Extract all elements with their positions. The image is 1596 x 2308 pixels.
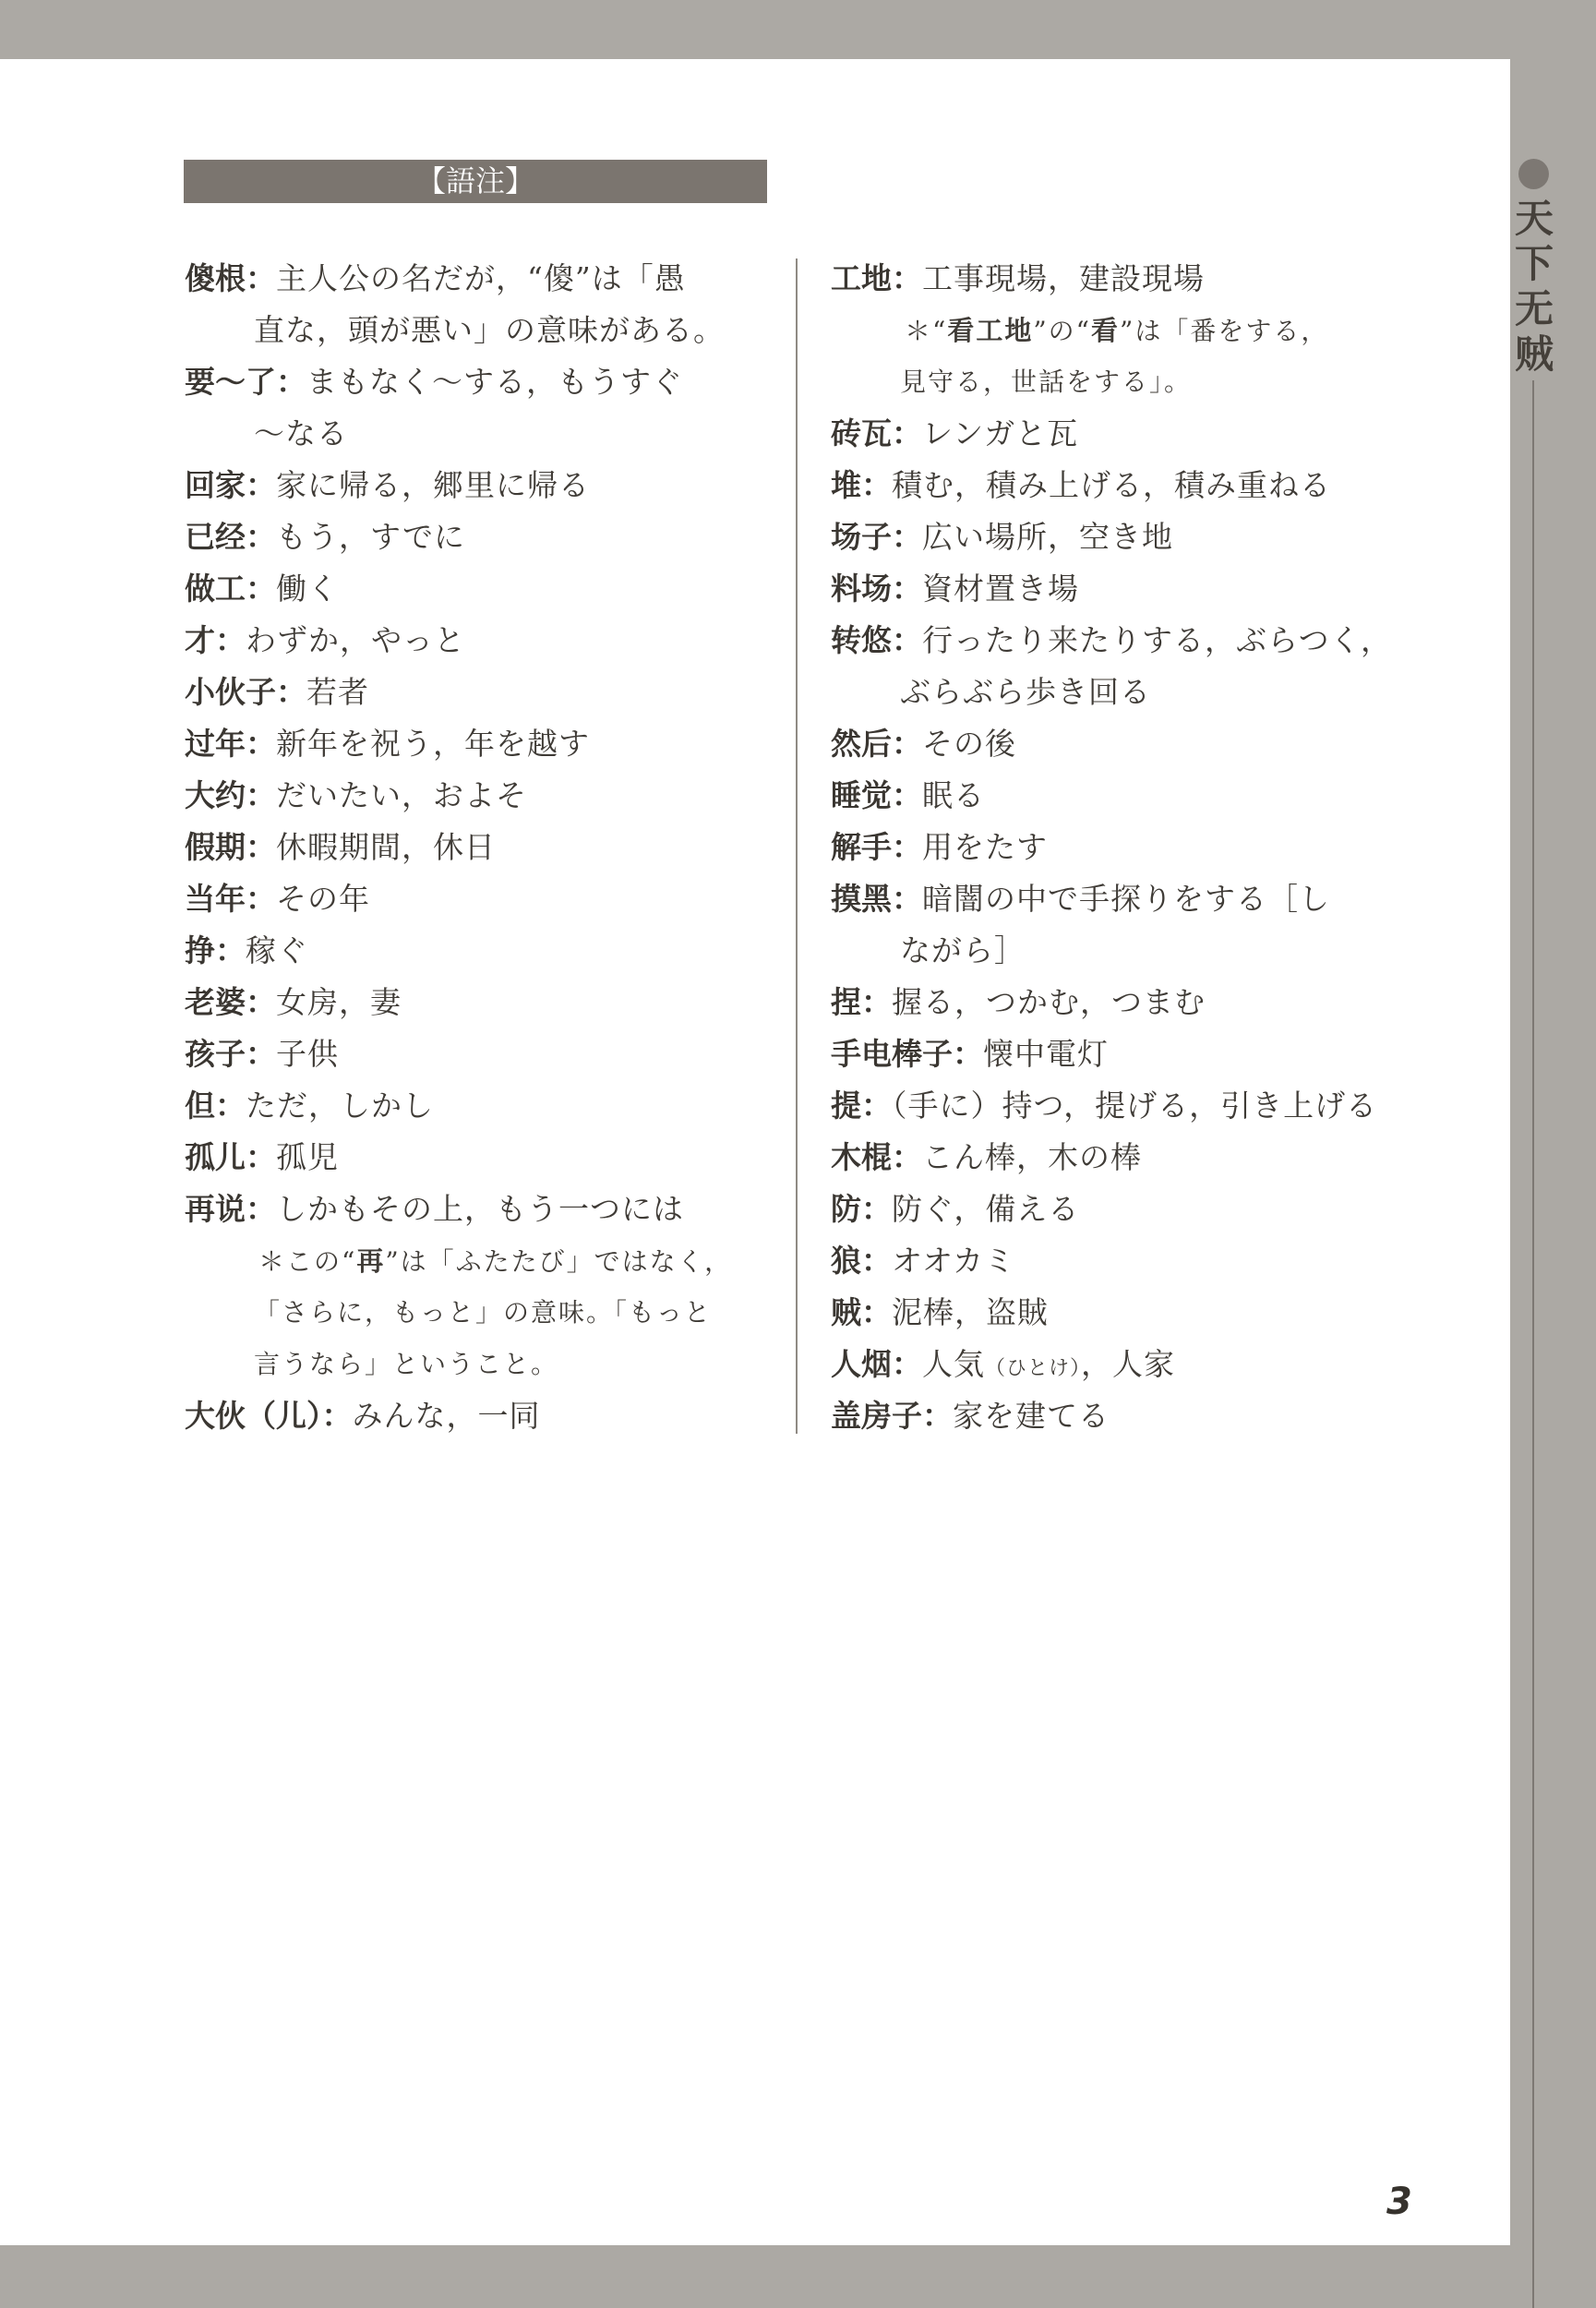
term: 手电棒子：	[831, 1036, 983, 1072]
term: 摸黑：	[831, 881, 922, 917]
glossary-entry: 睡觉：眠る	[831, 770, 1440, 822]
glossary-entry: 摸黑：暗闇の中で手探りをする［し ながら］	[831, 873, 1440, 977]
term: 挣：	[185, 932, 246, 968]
definition: 懐中電灯	[983, 1036, 1109, 1072]
definition: 若者	[306, 674, 369, 710]
side-title-char: 下	[1514, 241, 1554, 286]
term: 料场：	[831, 571, 922, 607]
page-number: 3	[1386, 2181, 1412, 2223]
term: 解手：	[831, 829, 922, 865]
definition: わずか，やっと	[246, 622, 465, 658]
glossary-entry: 转悠：行ったり来たりする，ぶらつく， ぶらぶら歩き回る	[831, 615, 1440, 718]
glossary-entry: 老婆：女房，妻	[185, 977, 775, 1028]
bullet-circle-icon	[1518, 159, 1549, 189]
definition: 女房，妻	[276, 984, 402, 1020]
term: 捏：	[831, 984, 892, 1020]
glossary-entry: 孩子：子供	[185, 1028, 775, 1080]
term: 场子：	[831, 519, 922, 555]
term: 小伙子：	[185, 674, 306, 710]
note-text: ”は「ふたたび」ではなく，	[385, 1246, 732, 1277]
glossary-right-column: 工地：工事現場，建設現場 ＊“看工地”の“看”は「番をする， 見守る，世話をする…	[831, 253, 1440, 1442]
side-title-char: 贼	[1514, 331, 1554, 377]
column-divider	[796, 258, 798, 1434]
definition-cont: ながら］	[900, 932, 1026, 968]
term: 木棍：	[831, 1139, 922, 1175]
glossary-entry: 做工：働く	[185, 563, 775, 615]
definition: 稼ぐ	[246, 932, 308, 968]
note-text: ＊この“	[258, 1246, 356, 1277]
glossary-entry: 但：ただ，しかし	[185, 1080, 775, 1132]
definition: しかもその上，もう一つには	[276, 1191, 684, 1227]
term: 已经：	[185, 519, 276, 555]
definition: 広い場所，空き地	[922, 519, 1173, 555]
glossary-entry: 捏：握る，つかむ，つまむ	[831, 977, 1440, 1028]
term: 孤儿：	[185, 1139, 276, 1175]
term: 工地：	[831, 260, 922, 296]
side-title-char: 无	[1514, 286, 1554, 331]
glossary-entry: 挣：稼ぐ	[185, 925, 775, 977]
definition: 泥棒，盗賊	[892, 1294, 1049, 1330]
term: 但：	[185, 1088, 246, 1124]
glossary-entry: 假期：休暇期間，休日	[185, 822, 775, 873]
glossary-entry: 料场：資材置き場	[831, 563, 1440, 615]
definition: 子供	[276, 1036, 339, 1072]
definition-cont: 直な，頭が悪い」の意味がある。	[254, 312, 725, 348]
glossary-entry: 贼：泥棒，盗賊	[831, 1287, 1440, 1339]
definition: （手に）持つ，提げる，引き上げる	[892, 1088, 1377, 1124]
glossary-entry: 提：（手に）持つ，提げる，引き上げる	[831, 1080, 1440, 1132]
term: 孩子：	[185, 1036, 276, 1072]
note-text: ＊“	[905, 316, 947, 346]
term: 回家：	[185, 467, 276, 503]
glossary-entry: 狼：オオカミ	[831, 1235, 1440, 1287]
term: 然后：	[831, 726, 922, 762]
definition: 暗闇の中で手探りをする［し	[922, 881, 1330, 917]
note-bold-term: 再	[356, 1245, 385, 1277]
definition: 主人公の名だが，“傻”は「愚	[276, 260, 686, 296]
glossary-entry: 场子：広い場所，空き地	[831, 511, 1440, 563]
definition: その後	[922, 726, 1016, 762]
term: 才：	[185, 622, 246, 658]
term: 盖房子：	[831, 1398, 953, 1434]
glossary-entry: 然后：その後	[831, 718, 1440, 770]
section-heading: 【語注】	[416, 163, 534, 198]
glossary-entry: 过年：新年を祝う，年を越す	[185, 718, 775, 770]
definition: 資材置き場	[922, 571, 1079, 607]
definition: 孤児	[276, 1139, 339, 1175]
glossary-entry: 已经：もう，すでに	[185, 511, 775, 563]
definition: レンガと瓦	[922, 415, 1078, 451]
definition: 新年を祝う，年を越す	[276, 726, 590, 762]
definition: こん棒，木の棒	[922, 1139, 1142, 1175]
definition: みんな，一同	[353, 1398, 541, 1434]
term: 提：	[831, 1088, 892, 1124]
term: 当年：	[185, 881, 276, 917]
term: 狼：	[831, 1243, 892, 1279]
glossary-entry: 堆：積む，積み上げる，積み重ねる	[831, 460, 1440, 511]
glossary-entry: 手电棒子：懐中電灯	[831, 1028, 1440, 1080]
definition: 工事現場，建設現場	[922, 260, 1205, 296]
note-text: 見守る，世話をする」。	[900, 367, 1192, 397]
note-text: 「さらに，もっと」の意味。「もっと	[254, 1297, 712, 1328]
definition: 防ぐ，備える	[892, 1191, 1079, 1227]
term: 傻根：	[185, 260, 276, 296]
glossary-entry: 要～了：まもなく～する，もうすぐ ～なる	[185, 356, 775, 460]
definition: まもなく～する，もうすぐ	[306, 364, 683, 400]
glossary-entry: 解手：用をたす	[831, 822, 1440, 873]
term: 大约：	[185, 777, 276, 813]
glossary-entry: 才：わずか，やっと	[185, 615, 775, 667]
glossary-note: ＊“看工地”の“看”は「番をする， 見守る，世話をする」。	[831, 305, 1440, 408]
note-bold-term: 看	[1091, 315, 1120, 346]
definition: もう，すでに	[276, 519, 465, 555]
glossary-entry: 再说：しかもその上，もう一つには	[185, 1184, 775, 1235]
glossary-entry: 大伙（儿）：みんな，一同	[185, 1390, 775, 1442]
term: 砖瓦：	[831, 415, 922, 451]
note-bold-term: 看工地	[947, 315, 1033, 346]
side-title-vertical: 天 下 无 贼	[1514, 196, 1554, 377]
term: 贼：	[831, 1294, 892, 1330]
definition-reading: （ひとけ）	[985, 1357, 1081, 1380]
glossary-entry: 防：防ぐ，備える	[831, 1184, 1440, 1235]
term: 假期：	[185, 829, 276, 865]
definition: 積む，積み上げる，積み重ねる	[892, 467, 1331, 503]
glossary-entry: 砖瓦：レンガと瓦	[831, 408, 1440, 460]
definition: その年	[276, 881, 370, 917]
side-rule-line	[1532, 380, 1534, 2308]
term: 要～了：	[185, 364, 306, 400]
term: 做工：	[185, 571, 276, 607]
definition: 働く	[276, 571, 339, 607]
definition: 家に帰る，郷里に帰る	[276, 467, 590, 503]
note-text: ”は「番をする，	[1120, 316, 1328, 346]
side-title-char: 天	[1514, 196, 1554, 241]
glossary-note: ＊この“再”は「ふたたび」ではなく， 「さらに，もっと」の意味。「もっと 言うな…	[185, 1235, 775, 1390]
term: 再说：	[185, 1191, 276, 1227]
term: 人烟：	[831, 1346, 922, 1382]
definition: だいたい，およそ	[276, 777, 527, 813]
glossary-entry: 孤儿：孤児	[185, 1132, 775, 1184]
term: 过年：	[185, 726, 276, 762]
definition: 行ったり来たりする，ぶらつく，	[922, 622, 1392, 658]
glossary-entry: 回家：家に帰る，郷里に帰る	[185, 460, 775, 511]
note-text: 言うなら」ということ。	[254, 1349, 558, 1379]
glossary-entry: 大约：だいたい，およそ	[185, 770, 775, 822]
term: 堆：	[831, 467, 892, 503]
term: 转悠：	[831, 622, 922, 658]
definition: オオカミ	[892, 1243, 1015, 1279]
glossary-entry: 工地：工事現場，建設現場	[831, 253, 1440, 305]
glossary-entry: 人烟：人気（ひとけ），人家	[831, 1339, 1440, 1390]
glossary-entry: 当年：その年	[185, 873, 775, 925]
definition: ，人家	[1081, 1346, 1175, 1382]
definition-cont: ぶらぶら歩き回る	[900, 674, 1151, 710]
definition: 眠る	[922, 777, 985, 813]
glossary-entry: 木棍：こん棒，木の棒	[831, 1132, 1440, 1184]
section-heading-bar: 【語注】	[184, 160, 767, 203]
side-tab: 天 下 无 贼	[1510, 0, 1596, 2308]
definition: 用をたす	[922, 829, 1048, 865]
definition: 休暇期間，休日	[276, 829, 496, 865]
glossary-entry: 盖房子：家を建てる	[831, 1390, 1440, 1442]
definition: 人気	[922, 1346, 985, 1382]
definition: 家を建てる	[953, 1398, 1110, 1434]
definition: 握る，つかむ，つまむ	[892, 984, 1206, 1020]
term: 防：	[831, 1191, 892, 1227]
definition-cont: ～なる	[254, 415, 348, 451]
term: 老婆：	[185, 984, 276, 1020]
glossary-left-column: 傻根：主人公の名だが，“傻”は「愚 直な，頭が悪い」の意味がある。 要～了：まも…	[185, 253, 775, 1442]
note-text: ”の“	[1033, 316, 1091, 346]
definition: ただ，しかし	[246, 1088, 434, 1124]
glossary-entry: 傻根：主人公の名だが，“傻”は「愚 直な，頭が悪い」の意味がある。	[185, 253, 775, 356]
glossary-entry: 小伙子：若者	[185, 667, 775, 718]
term: 睡觉：	[831, 777, 922, 813]
term: 大伙（儿）：	[185, 1398, 353, 1434]
